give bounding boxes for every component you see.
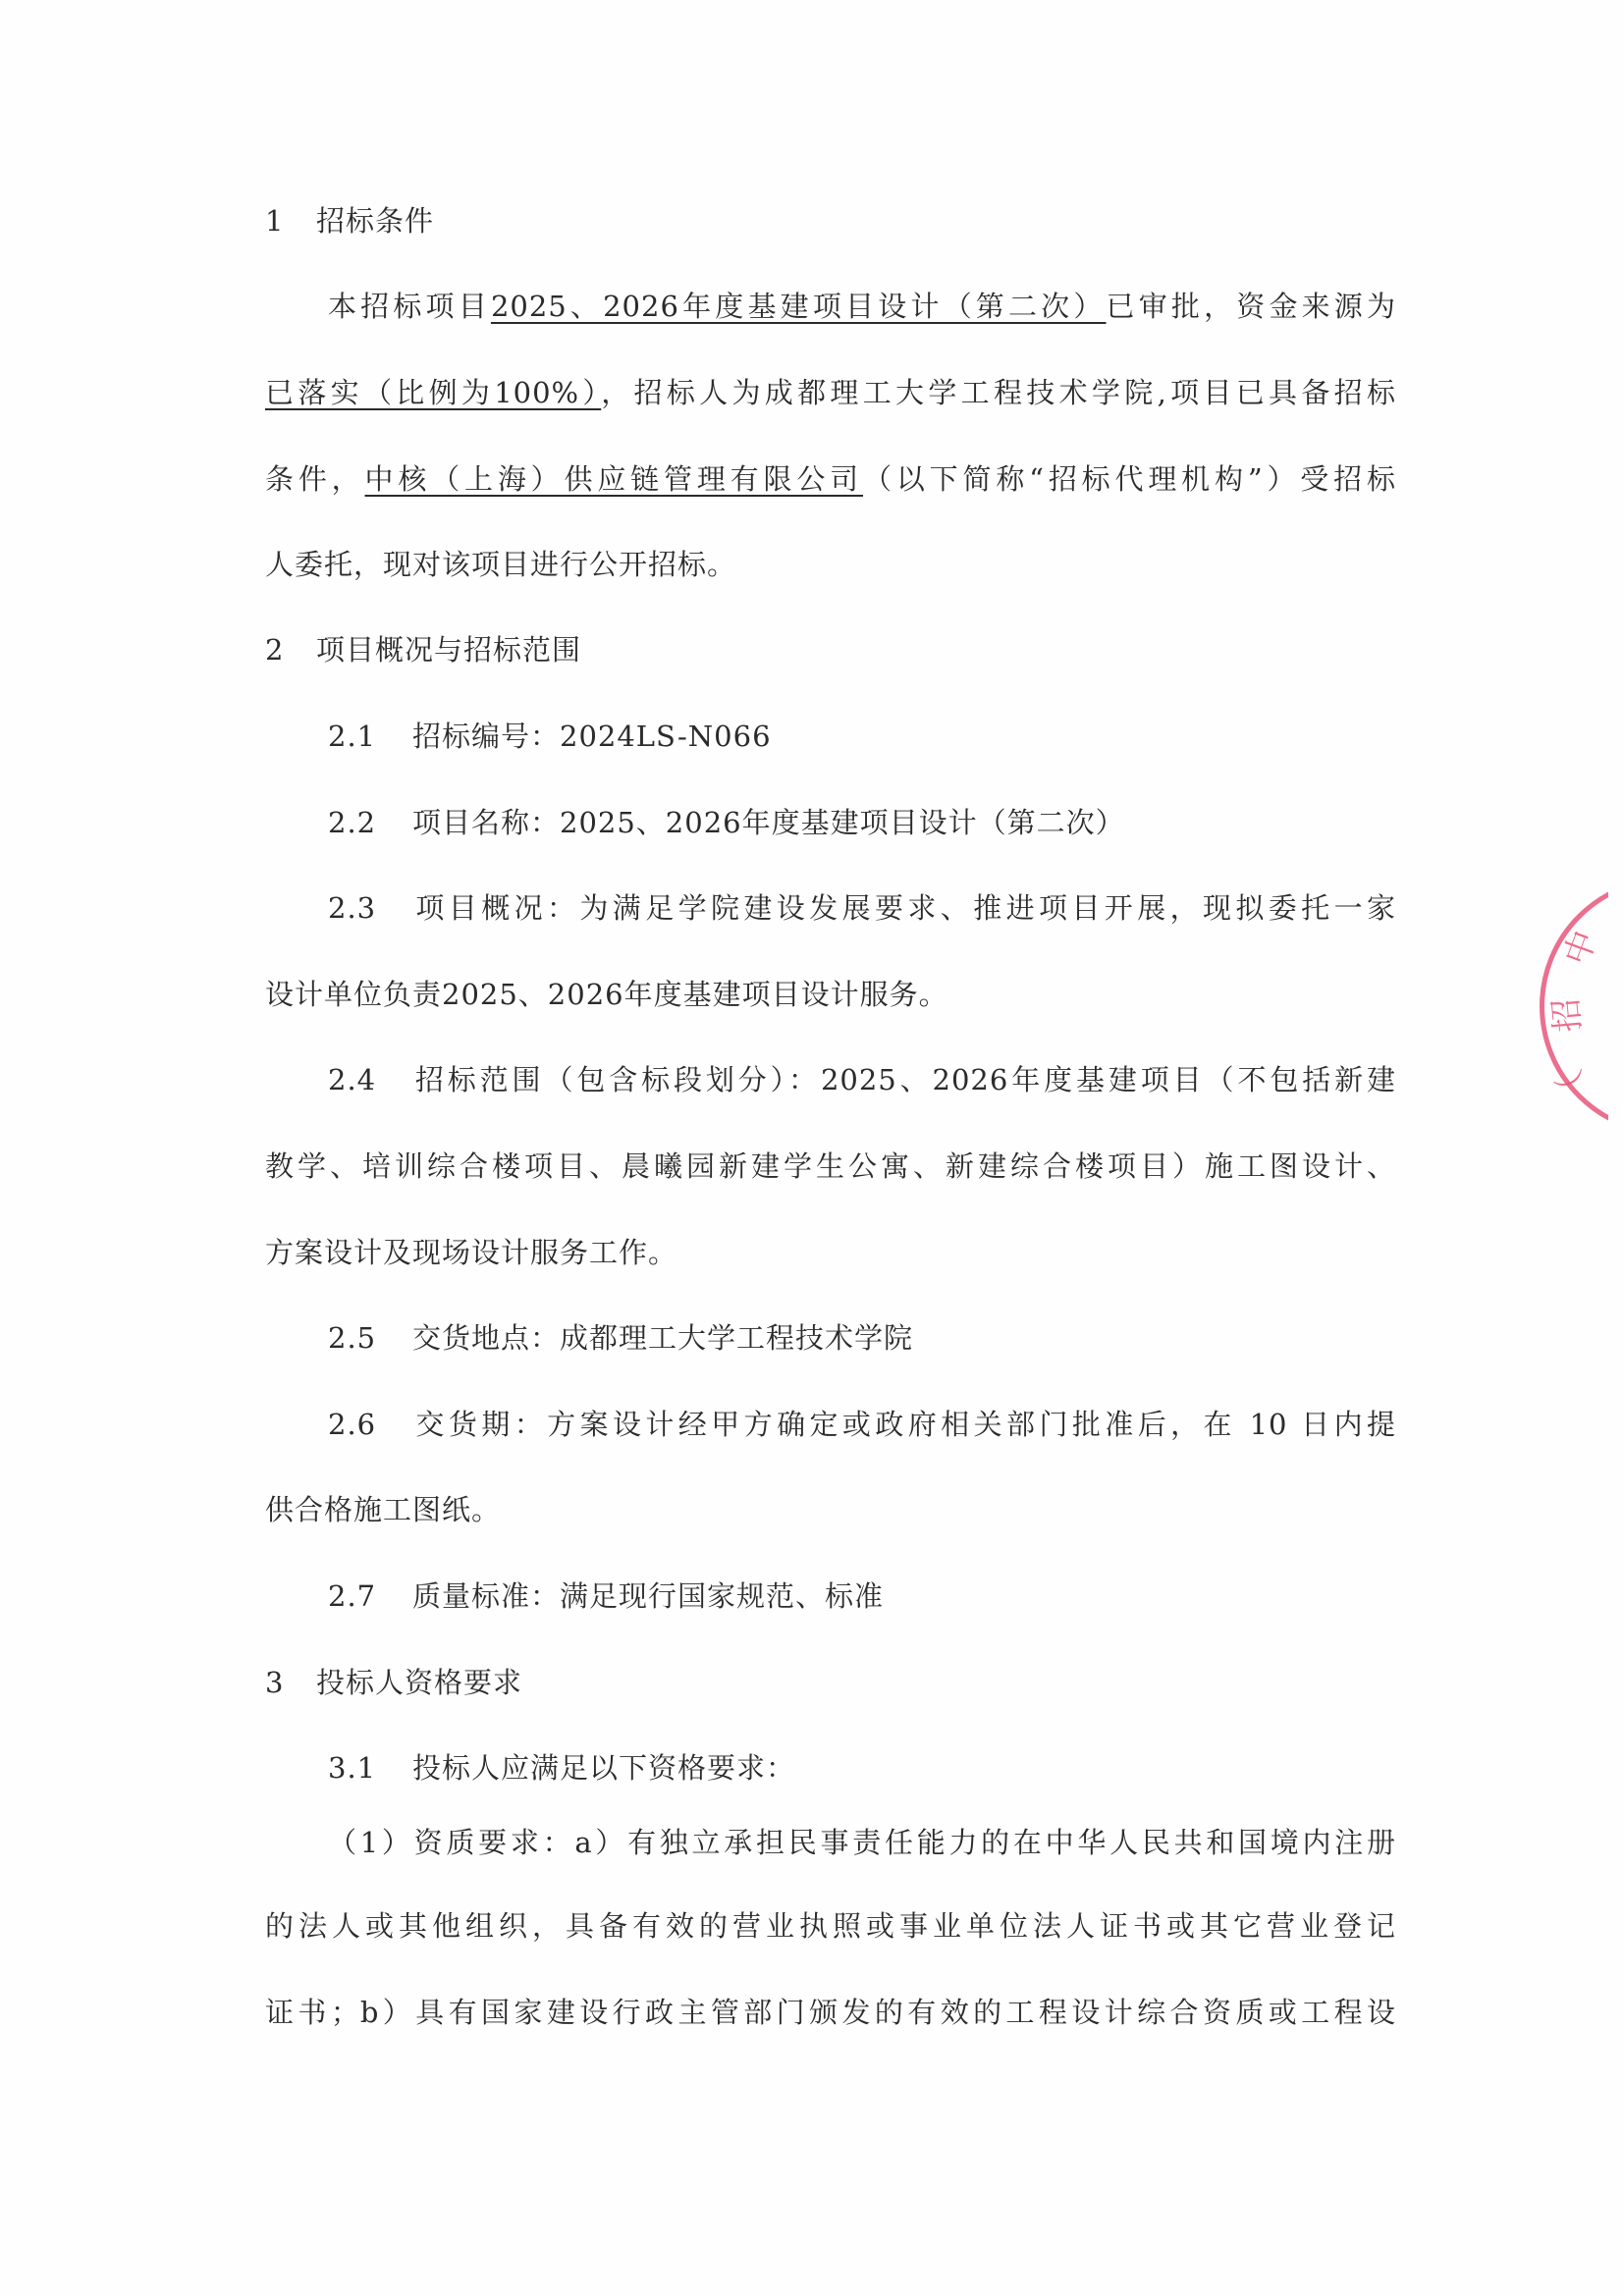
subsection-3-1: 3.1投标人应满足以下资格要求： [328,1748,1459,1788]
subsection-number: 2.1 [328,717,412,756]
official-seal-stamp: 中 招 （ [1512,854,1608,1168]
text-run: 方案设计及现场设计服务工作。 [265,1236,677,1269]
subsection-2-5: 2.5交货地点：成都理工大学工程技术学院 [328,1318,1459,1358]
text-run: 条件， [265,462,365,496]
subsection-number: 2.4 [328,1060,412,1099]
heading-number: 1 [265,201,316,240]
subsection-number: 2.5 [328,1318,412,1358]
heading-text: 投标人资格要求 [316,1666,522,1699]
subsection-text: 招标范围（包含标段划分）：2025、2026年度基建项目（不包括新建 [412,1063,1396,1096]
heading-text: 项目概况与招标范围 [316,633,581,667]
paragraph-line: 教学、培训综合楼项目、晨曦园新建学生公寓、新建综合楼项目）施工图设计、 [265,1147,1396,1186]
project-name-underlined: 2025、2026年度基建项目设计（第二次） [491,290,1107,323]
text-run: 供合格施工图纸。 [265,1493,501,1526]
heading-number: 2 [265,630,316,669]
paragraph-line: 已落实（比例为100%），招标人为成都理工大学工程技术学院,项目已具备招标 [265,373,1396,412]
text-run: （1）资质要求：a）有独立承担民事责任能力的在中华人民共和国境内注册 [328,1826,1396,1859]
paragraph-line: 供合格施工图纸。 [265,1490,1396,1529]
subsection-2-4: 2.4招标范围（包含标段划分）：2025、2026年度基建项目（不包括新建 [328,1060,1396,1099]
paragraph-line: 条件，中核（上海）供应链管理有限公司（以下简称“招标代理机构”）受招标 [265,459,1396,499]
text-run: 本招标项目 [328,290,491,323]
subsection-text: 项目概况：为满足学院建设发展要求、推进项目开展，现拟委托一家 [412,891,1396,925]
subsection-text: 招标编号：2024LS-N066 [412,720,772,753]
subsection-2-6: 2.6交货期：方案设计经甲方确定或政府相关部门批准后，在 10 日内提 [328,1405,1396,1444]
section-heading-3: 3投标人资格要求 [265,1663,1396,1702]
text-run: 的法人或其他组织，具备有效的营业执照或事业单位法人证书或其它营业登记 [265,1909,1396,1943]
subsection-number: 2.3 [328,888,412,928]
section-heading-1: 1招标条件 [265,201,1396,240]
subsection-text: 质量标准：满足现行国家规范、标准 [412,1579,884,1613]
subsection-number: 2.2 [328,803,412,842]
paragraph-line: 证书；b）具有国家建设行政主管部门颁发的有效的工程设计综合资质或工程设 [265,1993,1396,2032]
subsection-number: 2.7 [328,1576,412,1616]
document-page: 1招标条件 本招标项目2025、2026年度基建项目设计（第二次）已审批，资金来… [0,0,1623,2296]
subsection-text: 交货期：方案设计经甲方确定或政府相关部门批准后，在 10 日内提 [412,1408,1396,1441]
text-run: ，招标人为成都理工大学工程技术学院,项目已具备招标 [601,376,1396,409]
heading-text: 招标条件 [316,204,434,238]
heading-number: 3 [265,1663,316,1702]
text-run: 证书；b）具有国家建设行政主管部门颁发的有效的工程设计综合资质或工程设 [265,1996,1396,2029]
section-heading-2: 2项目概况与招标范围 [265,630,1396,669]
subsection-text: 投标人应满足以下资格要求： [412,1751,795,1785]
text-run: 设计单位负责2025、2026年度基建项目设计服务。 [265,978,948,1011]
paragraph-line: 人委托，现对该项目进行公开招标。 [265,545,1396,584]
text-run: （以下简称“招标代理机构”）受招标 [863,462,1396,496]
agency-name-underlined: 中核（上海）供应链管理有限公司 [365,462,864,496]
text-run: 已审批，资金来源为 [1107,290,1396,323]
subsection-2-3: 2.3项目概况：为满足学院建设发展要求、推进项目开展，现拟委托一家 [328,888,1396,928]
requirement-item-1: （1）资质要求：a）有独立承担民事责任能力的在中华人民共和国境内注册 [328,1823,1396,1862]
text-run: 教学、培训综合楼项目、晨曦园新建学生公寓、新建综合楼项目）施工图设计、 [265,1149,1396,1183]
paragraph-line: 本招标项目2025、2026年度基建项目设计（第二次）已审批，资金来源为 [265,287,1396,326]
subsection-2-7: 2.7质量标准：满足现行国家规范、标准 [328,1576,1459,1616]
paragraph-line: 方案设计及现场设计服务工作。 [265,1233,1396,1272]
subsection-2-2: 2.2项目名称：2025、2026年度基建项目设计（第二次） [328,803,1459,842]
text-run: 人委托，现对该项目进行公开招标。 [265,548,736,581]
subsection-number: 3.1 [328,1748,412,1788]
subsection-text: 交货地点：成都理工大学工程技术学院 [412,1321,913,1355]
subsection-text: 项目名称：2025、2026年度基建项目设计（第二次） [412,806,1125,839]
paragraph-line: 设计单位负责2025、2026年度基建项目设计服务。 [265,975,1396,1014]
subsection-number: 2.6 [328,1405,412,1444]
subsection-2-1: 2.1招标编号：2024LS-N066 [328,717,1459,756]
funding-underlined: 已落实（比例为100%） [265,376,601,409]
seal-char: 招 [1539,996,1590,1034]
paragraph-line: 的法人或其他组织，具备有效的营业执照或事业单位法人证书或其它营业登记 [265,1906,1396,1946]
